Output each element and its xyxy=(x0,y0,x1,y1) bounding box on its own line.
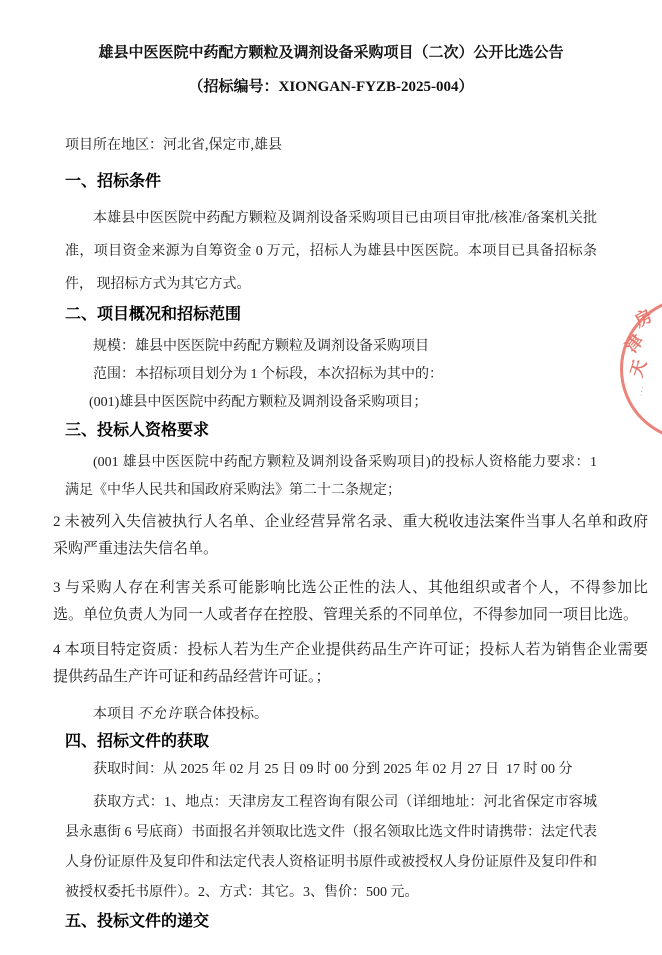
joint-venture-suffix: 联合体投标。 xyxy=(184,707,268,722)
obtain-method-paragraph: 获取方式：1、地点：天津房友工程咨询有限公司（详细地址：河北省保定市容城县永惠街… xyxy=(65,788,597,908)
obtain-time-line: 获取时间：从 2025 年 02 月 25 日 09 时 00 分到 2025 … xyxy=(65,756,597,784)
section-4-heading: 四、招标文件的获取 xyxy=(65,730,597,754)
qualification-requirement-4: 4 本项目特定资质：投标人若为生产企业提供药品生产许可证；投标人若为销售企业需要… xyxy=(53,637,648,691)
document-page: 房 津 天 ··· 雄县中医医院中药配方颗粒及调剂设备采购项目（二次）公开比选公… xyxy=(0,0,662,955)
joint-venture-prefix: 本项目 xyxy=(93,707,135,722)
qualification-requirement-3: 3 与采购人存在利害关系可能影响比选公正性的法人、其他组织或者个人，不得参加比选… xyxy=(53,575,648,629)
section-1-heading: 一、招标条件 xyxy=(65,170,597,194)
qualification-requirement-1: (001 雄县中医医院中药配方颗粒及调剂设备采购项目)的投标人资格能力要求：1 … xyxy=(65,449,597,505)
project-scale-line: 规模：雄县中医医院中药配方颗粒及调剂设备采购项目 xyxy=(65,333,597,361)
page-title: 雄县中医医院中药配方颗粒及调剂设备采购项目（二次）公开比选公告 xyxy=(65,42,597,64)
section-3-heading: 三、投标人资格要求 xyxy=(65,419,597,443)
joint-venture-not-allowed-emphasis: 不允许 xyxy=(137,707,182,722)
section-5-heading: 五、投标文件的递交 xyxy=(65,910,597,934)
qualification-requirement-2: 2 未被列入失信被执行人名单、企业经营异常名录、重大税收违法案件当事人名单和政府… xyxy=(53,509,648,563)
section-1-paragraph: 本雄县中医医院中药配方颗粒及调剂设备采购项目已由项目审批/核准/备案机关批准，项… xyxy=(65,202,597,301)
section-2-heading: 二、项目概况和招标范围 xyxy=(65,303,597,327)
lot-001-line: (001)雄县中医医院中药配方颗粒及调剂设备采购项目； xyxy=(65,389,597,417)
project-location-line: 项目所在地区：河北省,保定市,雄县 xyxy=(65,136,597,156)
project-scope-line: 范围：本招标项目划分为 1 个标段，本次招标为其中的： xyxy=(65,361,597,389)
joint-venture-statement: 本项目不允许联合体投标。 xyxy=(65,701,597,728)
document-content: 雄县中医医院中药配方颗粒及调剂设备采购项目（二次）公开比选公告 （招标编号：XI… xyxy=(0,0,662,934)
tender-number-line: （招标编号：XIONGAN-FYZB-2025-004） xyxy=(65,76,597,98)
